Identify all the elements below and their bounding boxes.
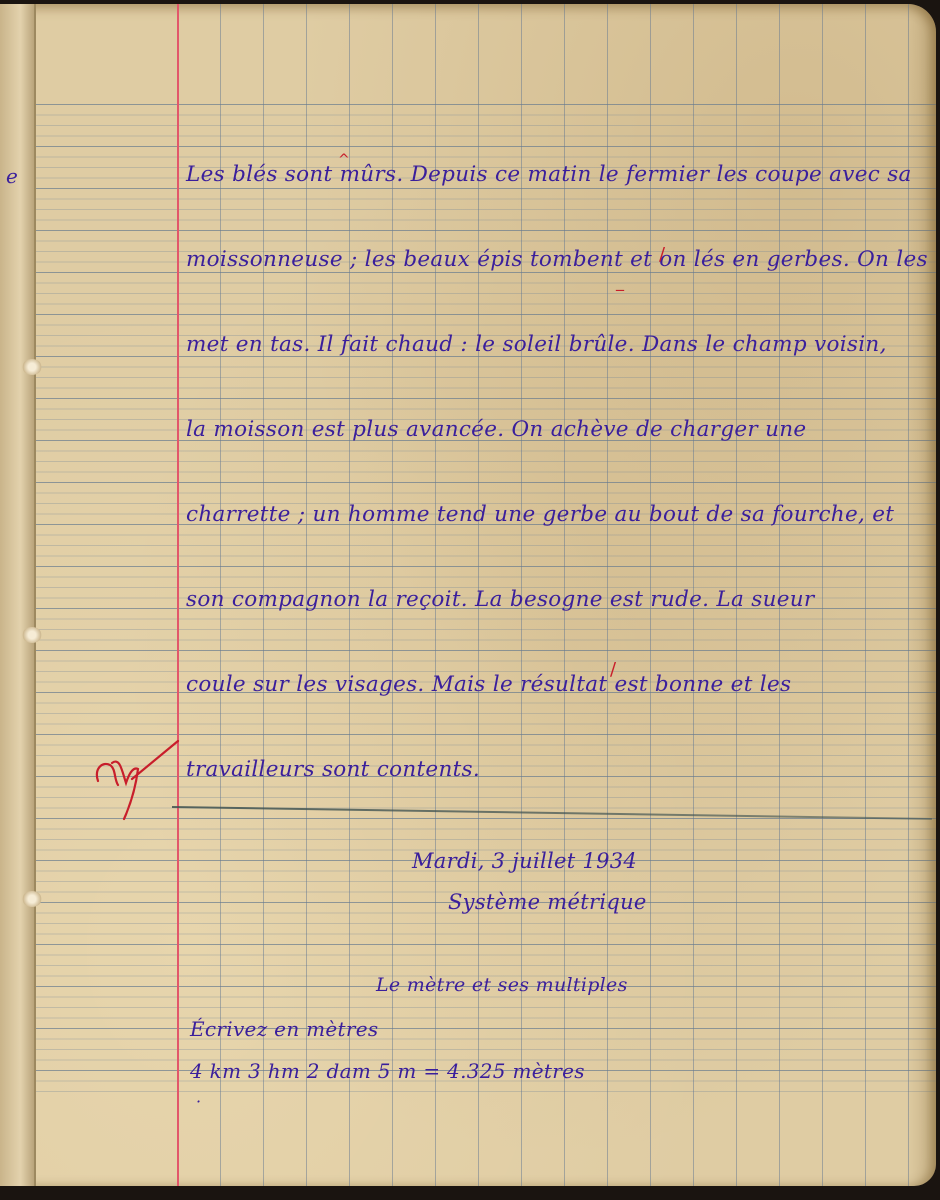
left-edge-ink-mark: e [6, 164, 18, 188]
exercise-line: 4 km 3 hm 2 dam 5 m = 4.325 mètres [190, 1059, 585, 1083]
notebook-page: e Les blés sont mûrs. Depuis ce matin le… [0, 4, 936, 1186]
dictation-line-8: travailleurs sont contents. [186, 757, 480, 782]
dictation-line-3: met en tas. Il fait chaud : le soleil br… [186, 332, 887, 357]
teacher-initials-icon [92, 739, 182, 824]
red-margin-line [177, 4, 179, 1186]
slash-correction-icon: / [659, 244, 665, 265]
dictation-line-5: charrette ; un homme tend une gerbe au b… [186, 502, 894, 527]
underline-correction-icon: _ [616, 272, 624, 291]
staple-hole-icon [22, 891, 42, 907]
dictation-line-7: coule sur les visages. Mais le résultat … [186, 672, 791, 697]
dictation-line-6: son compagnon la reçoit. La besogne est … [186, 587, 814, 612]
dictation-line-2: moissonneuse ; les beaux épis tombent et… [186, 247, 928, 272]
lesson-subject: Système métrique [448, 890, 647, 914]
exercise-instruction: Écrivez en mètres [190, 1017, 378, 1041]
dictation-line-4: la moisson est plus avancée. On achève d… [186, 417, 806, 442]
lesson-date: Mardi, 3 juillet 1934 [412, 849, 637, 873]
lesson-subtitle: Le mètre et ses multiples [376, 974, 628, 996]
staple-hole-icon [22, 359, 42, 375]
dictation-line-1: Les blés sont mûrs. Depuis ce matin le f… [186, 162, 912, 187]
circumflex-correction-icon: ^ [338, 152, 350, 168]
accent-correction-icon: / [610, 659, 616, 680]
staple-hole-icon [22, 627, 42, 643]
ink-dot: · [196, 1092, 201, 1111]
